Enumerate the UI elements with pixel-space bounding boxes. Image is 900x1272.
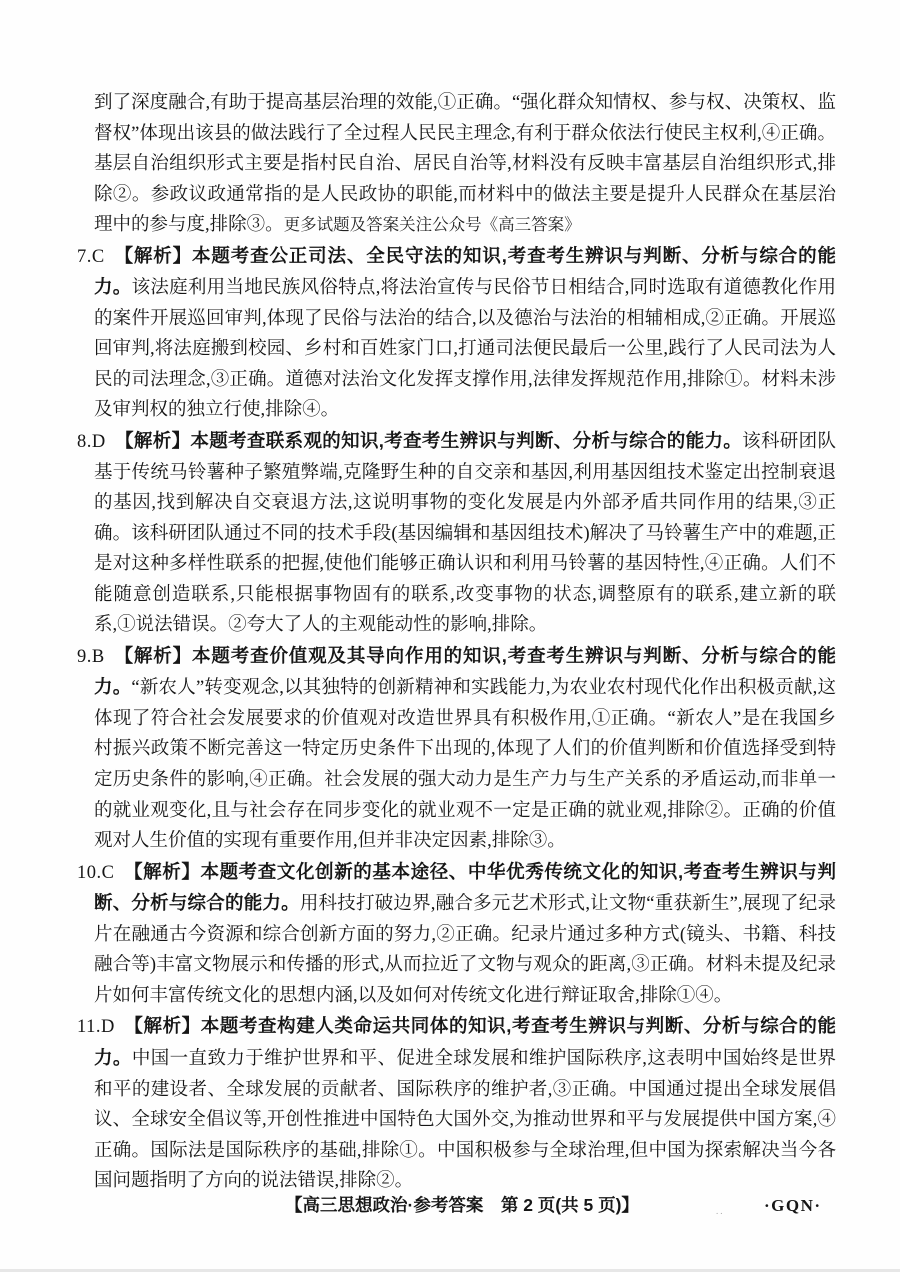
analysis-heading: 【解析】本题考查联系观的知识,考查考生辨识与判断、分析与综合的能力。	[115, 430, 742, 451]
explanation-text: 该法庭利用当地民族风俗特点,将法治宣传与民俗节日相结合,同时选取有道德教化作用的…	[94, 278, 836, 420]
intro-text: 到了深度融合,有助于提高基层治理的效能,①正确。“强化群众知情权、参与权、决策权…	[94, 93, 836, 235]
answer-item-10: 10.C【解析】本题考查文化创新的基本途径、中华优秀传统文化的知识,考查考生辨识…	[94, 857, 836, 1012]
explanation-text: 中国一直致力于维护世界和平、促进全球发展和维护国际秩序,这表明中国始终是世界和平…	[94, 1049, 836, 1191]
scanned-answer-page: 到了深度融合,有助于提高基层治理的效能,①正确。“强化群众知情权、参与权、决策权…	[0, 0, 900, 1272]
answer-item-7: 7.C【解析】本题考查公正司法、全民守法的知识,考查考生辨识与判断、分析与综合的…	[94, 241, 836, 426]
explanation-text: “新农人”转变观念,以其独特的创新精神和实践能力,为农业农村现代化作出积极贡献,…	[94, 678, 836, 851]
scan-artifact: ..	[716, 1207, 725, 1216]
answer-label: 10.C	[77, 863, 114, 883]
answer-item-8: 8.D【解析】本题考查联系观的知识,考查考生辨识与判断、分析与综合的能力。该科研…	[94, 426, 836, 641]
answer-label: 9.B	[77, 647, 105, 667]
answers-content: 到了深度融合,有助于提高基层治理的效能,①正确。“强化群众知情权、参与权、决策权…	[94, 88, 836, 1197]
explanation-text: 该科研团队基于传统马铃薯种子繁殖弊端,克隆野生种的自交亲和基因,利用基因组技术鉴…	[94, 432, 836, 635]
answer-label: 8.D	[77, 432, 106, 452]
page-footer: 【高三思想政治·参考答案 第 2 页(共 5 页)】 .. ·GQN·	[0, 1193, 900, 1223]
answer-item-11: 11.D【解析】本题考查构建人类命运共同体的知识,考查考生辨识与判断、分析与综合…	[94, 1011, 836, 1196]
answer-label: 7.C	[77, 247, 105, 267]
promo-note: 更多试题及答案关注公众号《高三答案》	[284, 215, 581, 234]
intro-paragraph: 到了深度融合,有助于提高基层治理的效能,①正确。“强化群众知情权、参与权、决策权…	[94, 88, 836, 241]
paper-code: ·GQN·	[764, 1194, 822, 1218]
answer-label: 11.D	[77, 1017, 115, 1037]
answer-item-9: 9.B【解析】本题考查价值观及其导向作用的知识,考查考生辨识与判断、分析与综合的…	[94, 641, 836, 857]
footer-title-page-number: 【高三思想政治·参考答案 第 2 页(共 5 页)】	[285, 1193, 639, 1217]
